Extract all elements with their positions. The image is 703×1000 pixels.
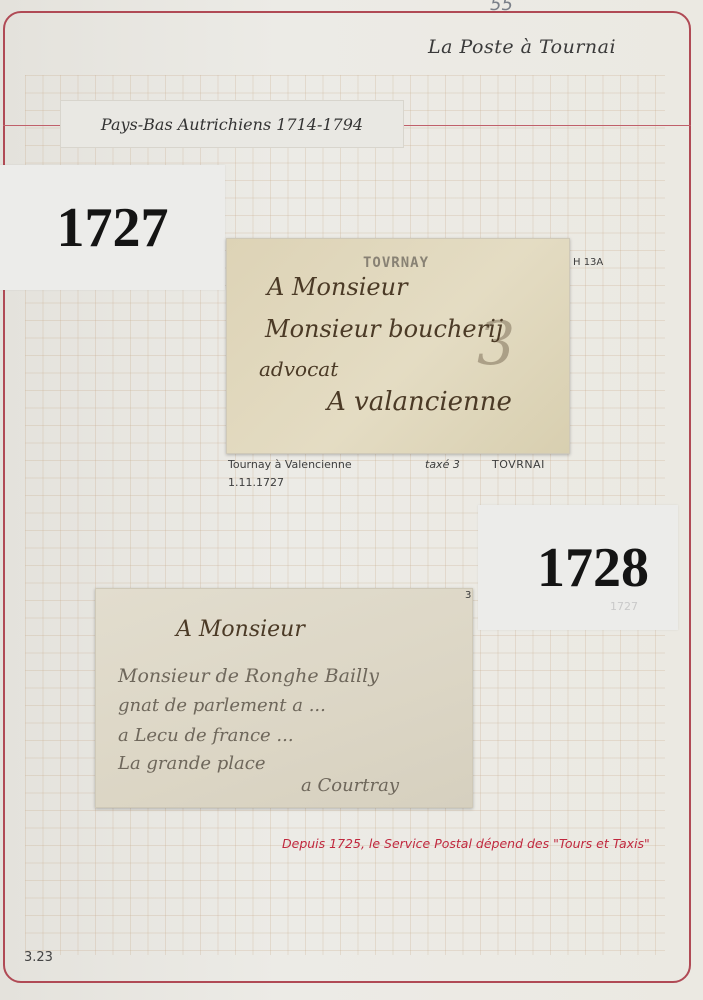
subtitle-label: Pays-Bas Autrichiens 1714-1794	[60, 100, 404, 148]
faint-ghost-text: 1727	[610, 600, 638, 613]
address-line: gnat de parlement a ...	[118, 695, 326, 716]
address-line: Monsieur de Ronghe Bailly	[118, 665, 379, 687]
page-number: 3.23	[24, 950, 53, 965]
letter-cover-1728: A Monsieur Monsieur de Ronghe Bailly gna…	[95, 588, 473, 808]
year-text: 1727	[57, 196, 169, 260]
tax-annotation: taxé 3	[425, 458, 460, 471]
tax-mark: 3	[477, 309, 515, 379]
year-label-1728: 1728	[478, 505, 678, 630]
catalog-reference: H 13A	[573, 257, 603, 268]
pencil-page-number: 55	[490, 0, 513, 15]
subtitle-text: Pays-Bas Autrichiens 1714-1794	[101, 115, 363, 134]
route-annotation: Tournay à Valencienne	[228, 458, 352, 471]
historical-note: Depuis 1725, le Service Postal dépend de…	[282, 836, 650, 851]
address-line: A Monsieur	[176, 617, 305, 642]
address-line: a Lecu de france ...	[118, 725, 294, 746]
corner-mark: 3	[465, 590, 471, 601]
address-line: La grande place	[118, 753, 266, 774]
year-label-1727: 1727	[0, 165, 225, 290]
address-line: Monsieur boucherij	[265, 315, 503, 343]
year-text: 1728	[507, 536, 649, 600]
letter-cover-1727: TOVRNAY A Monsieur Monsieur boucherij ad…	[226, 238, 570, 454]
postmark-stamp: TOVRNAY	[363, 255, 429, 271]
album-page: 55 La Poste à Tournai Pays-Bas Autrichie…	[0, 0, 703, 1000]
address-line: advocat	[259, 357, 338, 381]
page-title: La Poste à Tournai	[428, 36, 616, 58]
address-line: a Courtray	[301, 775, 399, 796]
postmark-annotation: TOVRNAI	[492, 458, 545, 471]
date-annotation: 1.11.1727	[228, 476, 284, 489]
address-line: A valancienne	[327, 387, 512, 417]
address-line: A Monsieur	[267, 273, 408, 301]
